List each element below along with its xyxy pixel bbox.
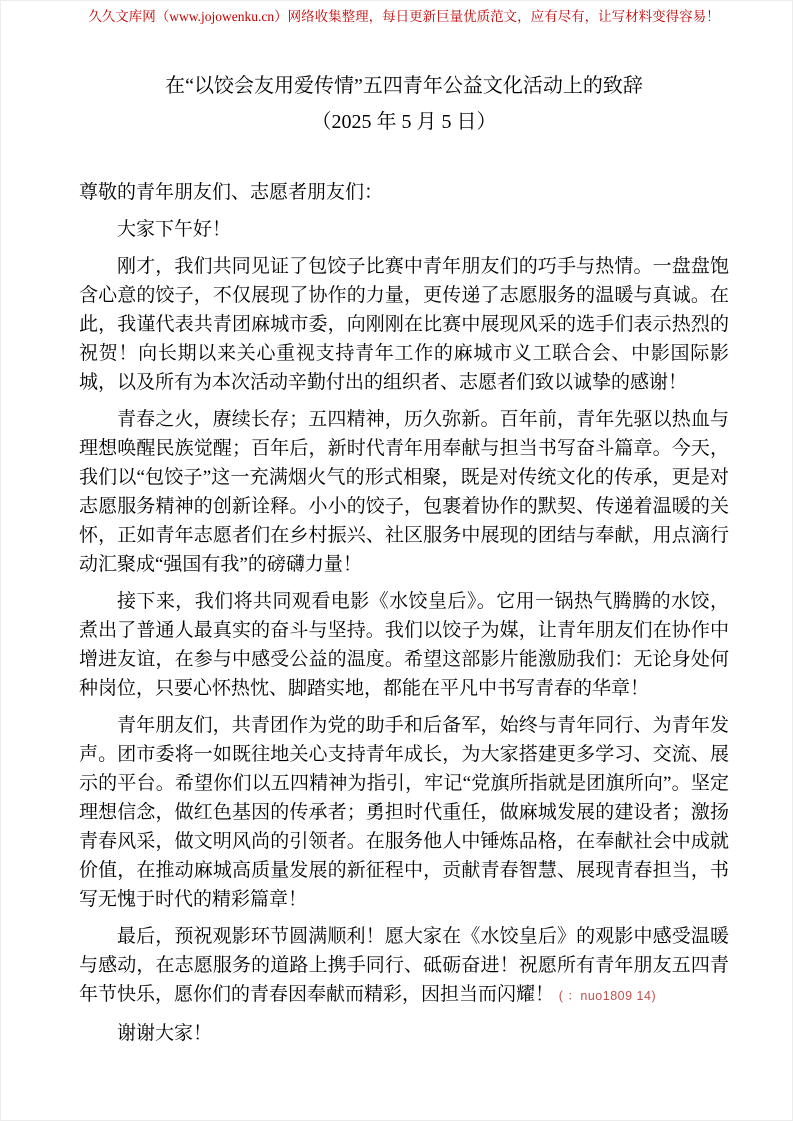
body-paragraph: 青年朋友们，共青团作为党的助手和后备军，始终与青年同行、为青年发声。团市委将一如… (79, 711, 729, 914)
page-title: 在“以饺会友用爱传情”五四青年公益文化活动上的致辞 (79, 72, 729, 100)
body-paragraph: 青春之火，赓续长存；五四精神，历久弥新。百年前，青年先驱以热血与理想唤醒民族觉醒… (79, 405, 729, 579)
body-paragraph: 刚才，我们共同见证了包饺子比赛中青年朋友们的巧手与热情。一盘盘饱含心意的饺子，不… (79, 252, 729, 397)
body-paragraph: 接下来，我们将共同观看电影《水饺皇后》。它用一锅热气腾腾的水饺，煮出了普通人最真… (79, 587, 729, 703)
closing-line: 谢谢大家！ (79, 1019, 729, 1048)
greeting-line: 大家下午好！ (79, 215, 729, 244)
site-banner-text: 久久文库网（www.jojowenku.cn）网络收集整理，每日更新巨量优质范文… (65, 8, 743, 26)
document-date: （2025 年 5 月 5 日） (79, 108, 729, 136)
document-page: 久久文库网（www.jojowenku.cn）网络收集整理，每日更新巨量优质范文… (0, 0, 793, 1121)
body-paragraph: 最后，预祝观影环节圆满顺利！愿大家在《水饺皇后》的观影中感受温暖与感动，在志愿服… (79, 922, 729, 1011)
salutation-line: 尊敬的青年朋友们、志愿者朋友们： (79, 178, 729, 207)
watermark-note: ( ：nuo1809 14) (559, 989, 656, 1003)
